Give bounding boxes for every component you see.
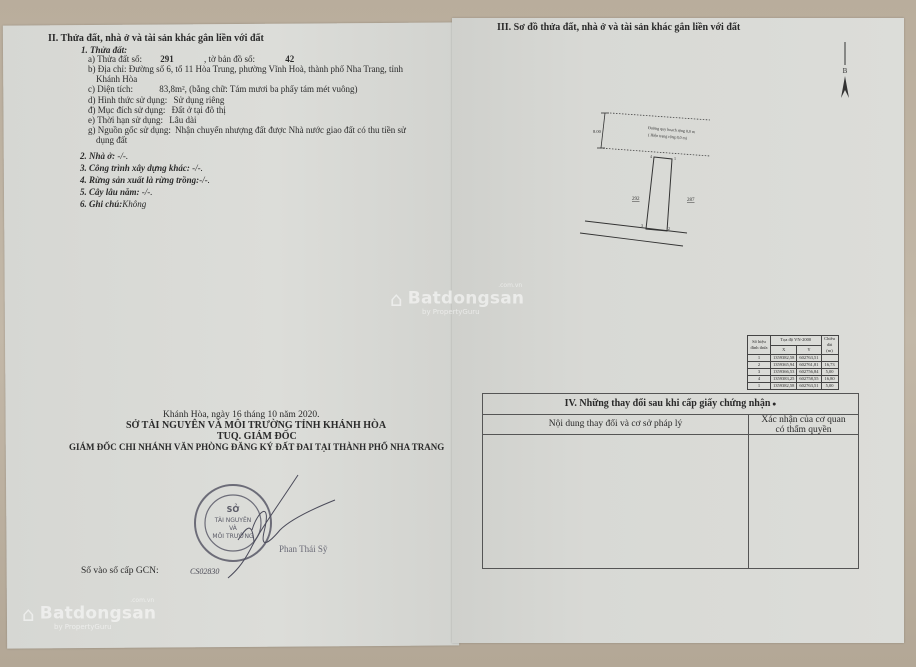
usage-purpose-value: Đất ở tại đô thị [172,105,226,115]
watermark-logo-icon: ⌂ [22,602,35,626]
usage-term-value: Lâu dài [169,115,196,125]
coord-row: 31359366,53602756,845,00 [748,369,839,376]
north-arrow-icon: B [838,40,852,100]
watermark-center: ⌂ Batdongsan .com.vn by PropertyGuru [390,287,524,316]
planted-forest-value: -/-. [199,175,210,185]
house-value: -/-. [115,151,128,161]
planted-forest-label: 4. Rừng sản xuất là rừng trồng: [80,175,199,185]
house-row: 2. Nhà ở: -/-. [80,151,128,162]
coord-cell-x: 1359382,58 [771,355,797,362]
coord-cell-p: 3 [748,369,771,376]
house-label: 2. Nhà ở: [80,151,115,161]
registry-label: Số vào sổ cấp GCN: [81,566,159,577]
changes-confirm-line2: có thẩm quyền [749,425,858,435]
coord-header-point: Số hiệu đỉnh thửa [748,336,771,355]
coord-cell-len: 5,00 [821,369,838,376]
registry-value: CS02830 [190,567,219,576]
watermark-logo-icon: ⌂ [390,287,403,311]
coord-cell-len: 5,00 [821,383,838,390]
coord-cell-y: 602763,51 [797,355,821,362]
coord-cell-y: 602761,81 [797,362,821,369]
usage-origin-label: g) Nguồn gốc sử dụng: [88,125,171,135]
branch-director: GIÁM ĐỐC CHI NHÁNH VĂN PHÒNG ĐĂNG KÝ ĐẤT… [69,442,444,452]
svg-text:8.00: 8.00 [593,129,602,134]
coord-cell-x: 1359382,58 [771,383,797,390]
usage-term-label: e) Thời hạn sử dụng: [88,115,163,125]
changes-content-header: Nội dung thay đổi và cơ sở pháp lý [483,415,748,435]
svg-text:B: B [843,67,848,75]
svg-text:2: 2 [668,226,670,231]
issuing-agency: SỞ TÀI NGUYÊN VÀ MÔI TRƯỜNG TỈNH KHÁNH H… [126,420,386,431]
parcel-diagram: 8.00 Đường quy hoạch rộng 8,0 m ( Hiện t… [575,108,710,248]
coord-row: 11359382,58602763,51 [748,355,839,362]
coord-cell-y: 602763,51 [797,383,821,390]
perennial-trees-row: 5. Cây lâu năm: -/-. [80,187,153,198]
changes-title: IV. Những thay đổi sau khi cấp giấy chứn… [483,394,858,415]
coord-header-x: X [771,345,797,355]
svg-text:( Hiện trạng rộng 8,0 m): ( Hiện trạng rộng 8,0 m) [648,132,688,141]
perennial-trees-label: 5. Cây lâu năm: [80,187,140,197]
address-value-line1: Đường số 6, tổ 11 Hòa Trung, phường Vĩnh… [129,64,403,74]
changes-confirm-line1: Xác nhận của cơ quan [749,415,858,425]
watermark-corner: ⌂ Batdongsan .com.vn by PropertyGuru [22,602,156,631]
coord-cell-p: 2 [748,362,771,369]
coord-cell-len [821,355,838,362]
other-construction-value: -/-. [190,163,203,173]
perennial-trees-value: -/-. [140,187,153,197]
svg-text:287: 287 [687,198,695,203]
coord-row: 41359383,25602758,5516,80 [748,376,839,383]
coord-cell-p: 1 [748,355,771,362]
coord-cell-len: 16,80 [821,376,838,383]
section-ii-title: II. Thửa đất, nhà ở và tài sản khác gắn … [48,33,264,44]
map-sheet-value: 42 [285,54,294,64]
changes-table: IV. Những thay đổi sau khi cấp giấy chứn… [482,393,859,569]
changes-confirm-header: Xác nhận của cơ quan có thẩm quyền [748,415,858,435]
coord-row: 21359365,94602761,8116,73 [748,362,839,369]
section-iii-title: III. Sơ đồ thửa đất, nhà ở và tài sản kh… [497,22,740,33]
usage-origin-value-line1: Nhận chuyển nhượng đất được Nhà nước gia… [175,125,406,135]
svg-text:1: 1 [674,156,676,161]
coord-row: 11359382,58602763,515,00 [748,383,839,390]
authorized-director: TUQ. GIÁM ĐỐC [217,431,297,442]
coord-cell-len: 16,73 [821,362,838,369]
signer-name: Phan Thái Sỹ [279,544,327,554]
coordinate-table: Số hiệu đỉnh thửa Tọa độ VN-2000 Chiều d… [747,335,839,390]
usage-origin-row: g) Nguồn gốc sử dụng: Nhận chuyển nhượng… [88,125,406,136]
coord-header-system: Tọa độ VN-2000 [771,336,822,346]
area-row: c) Diện tích: 83,8m², (bằng chữ: Tám mươ… [88,84,358,95]
coord-cell-y: 602756,84 [797,369,821,376]
other-construction-label: 3. Công trình xây dựng khác: [80,163,190,173]
changes-column-divider [748,434,749,568]
coord-cell-p: 1 [748,383,771,390]
coord-cell-x: 1359365,94 [771,362,797,369]
note-label: 6. Ghi chú: [80,199,122,209]
coord-cell-x: 1359383,25 [771,376,797,383]
svg-text:292: 292 [632,197,640,202]
coord-header-length: Chiều dài (m) [821,336,838,355]
area-label: c) Diện tích: [88,84,133,94]
address-label: b) Địa chỉ: [88,64,127,74]
map-sheet-label: , tờ bản đồ số: [204,54,255,64]
note-value: Không [122,199,146,209]
coord-cell-y: 602758,55 [797,376,821,383]
coord-header-y: Y [797,345,821,355]
area-value: 83,8m², (bằng chữ: Tám mươi ba phẩy tám … [159,84,357,94]
usage-form-label: d) Hình thức sử dụng: [88,95,167,105]
usage-purpose-label: đ) Mục đích sử dụng: [88,105,165,115]
coord-cell-x: 1359366,53 [771,369,797,376]
planted-forest-row: 4. Rừng sản xuất là rừng trồng:-/-. [80,175,210,186]
usage-origin-value-line2: dụng đất [96,135,127,146]
svg-text:4: 4 [650,154,652,159]
usage-form-value: Sử dụng riêng [174,95,225,105]
coord-cell-p: 4 [748,376,771,383]
other-construction-row: 3. Công trình xây dựng khác: -/-. [80,163,203,174]
parcel-number-label: a) Thửa đất số: [88,54,142,64]
parcel-number-value: 291 [160,54,174,64]
note-row: 6. Ghi chú:Không [80,199,146,210]
